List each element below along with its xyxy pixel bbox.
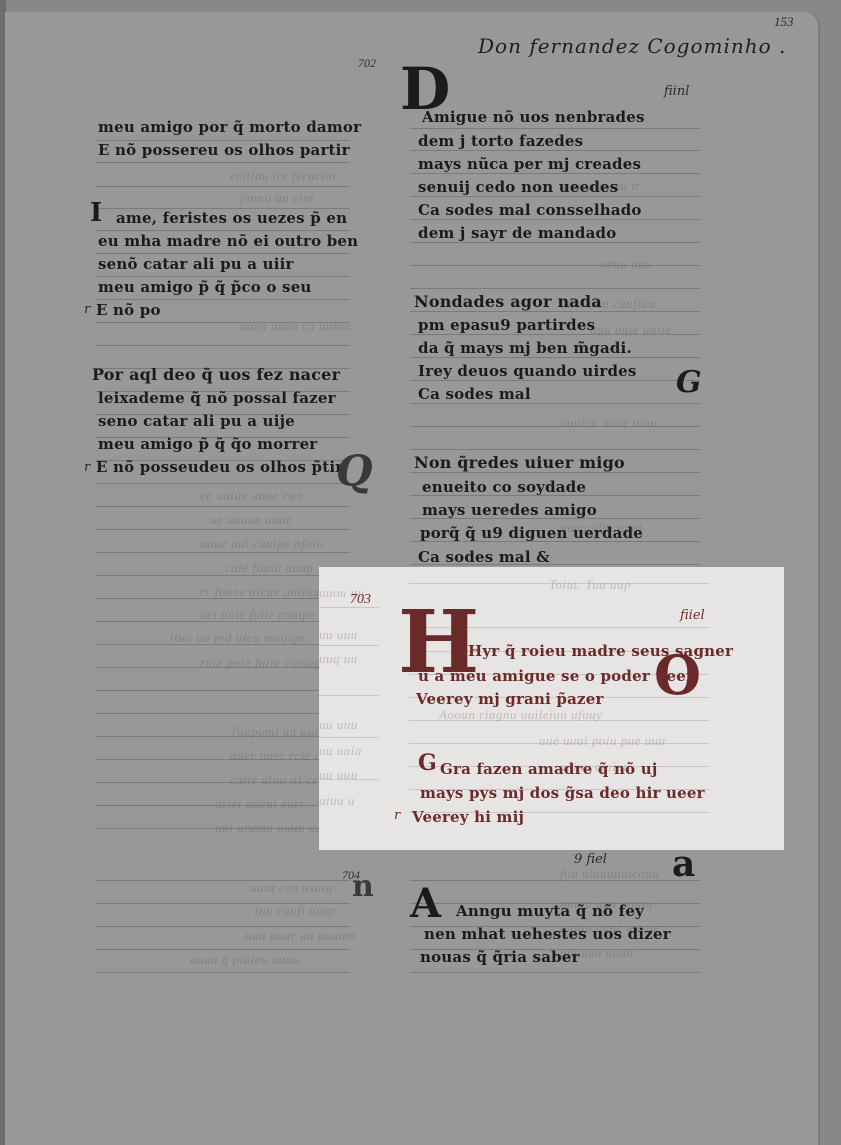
author-heading: Don fernandez Cogominho . (478, 34, 786, 58)
decorated-initial: G (418, 752, 437, 774)
verse-line: E nõ po (96, 301, 161, 319)
verse-line: Irey deuos quando uirdes (418, 362, 637, 380)
color-highlight-region: Toiut. Tua uup Aooun riagnu uuileiuu ufu… (319, 567, 784, 850)
guide-letter: a (672, 846, 695, 882)
decorated-initial: I (90, 200, 102, 226)
verse-line: E nõ possereu os olhos partir (98, 141, 350, 159)
guide-letter: Q (336, 450, 373, 492)
verse-line: Gra fazen amadre q̃ nõ uj (440, 760, 657, 778)
verse-line: E nõ posseudeu os olhos p̃tir (96, 458, 343, 476)
margin-note: fiinl (664, 84, 689, 99)
decorated-initial: A (410, 884, 441, 924)
verse-line: Nondades agor nada (414, 292, 602, 311)
verse-line: nouas q̃ q̃ria saber (420, 948, 580, 966)
verse-line: da q̃ mays mj ben m̃gadi. (418, 339, 632, 357)
verse-line: meu amigo p̃ q̃ q̃o morrer (98, 435, 317, 453)
verse-line: mays nũca per mj creades (418, 155, 641, 173)
verse-line: enueito co soydade (422, 478, 586, 496)
verse-line: Ca sodes mal (418, 385, 531, 403)
verse-line: senõ catar ali pu a uiir (98, 255, 294, 273)
verse-line: ame, feristes os uezes p̃ en (116, 209, 347, 227)
verse-line: Ca sodes mal & (418, 548, 550, 566)
verse-line: mays ueredes amigo (422, 501, 597, 519)
margin-note: fiiel (680, 608, 705, 623)
verse-line: dem j torto fazedes (418, 132, 583, 150)
verse-line: meu amigo por q̃ morto damor (98, 118, 361, 136)
verse-line: Anngu muyta q̃ nõ fey (456, 902, 644, 920)
verse-line: leixademe q̃ nõ possal fazer (98, 389, 336, 407)
poem-number: 702 (358, 56, 376, 71)
verse-line: Veerey mj grani p̃azer (416, 690, 604, 708)
guide-letter: O (654, 648, 701, 702)
verse-line: porq̃ q̃ u9 diguen uerdade (420, 524, 643, 542)
margin-mark: r (394, 808, 400, 823)
poem-number: 703 (350, 592, 371, 608)
verse-line: nen mhat uehestes uos dizer (424, 925, 671, 943)
guide-letter: G (676, 368, 702, 398)
verse-line: Ca sodes mal consselhado (418, 201, 642, 219)
margin-note: 9 fiel (574, 852, 607, 867)
verse-line: pm epasu9 partirdes (418, 316, 595, 334)
verse-line: senuij cedo non ueedes (418, 178, 618, 196)
verse-line: seno catar ali pu a uije (98, 412, 295, 430)
guide-letter: n (352, 872, 374, 902)
verse-line: Amigue nõ uos nenbrades (422, 108, 645, 126)
verse-line: meu amigo p̃ q̃ p̃co o seu (98, 278, 312, 296)
verse-line: dem j sayr de mandado (418, 224, 616, 242)
verse-line: Por aql deo q̃ uos fez nacer (92, 365, 340, 384)
verse-line: Veerey hi mij (412, 808, 524, 826)
margin-mark: r (84, 460, 90, 475)
verse-line: Non q̃redes uiuer migo (414, 453, 625, 472)
margin-mark: r (84, 302, 90, 317)
verse-line: mays pys mj dos g̃sa deo hir ueer (420, 784, 705, 802)
folio-number: 153 (774, 14, 794, 30)
verse-line: eu mha madre nõ ei outro ben (98, 232, 358, 250)
verse-line: u a meu amigue se o poder ueer (418, 667, 694, 685)
